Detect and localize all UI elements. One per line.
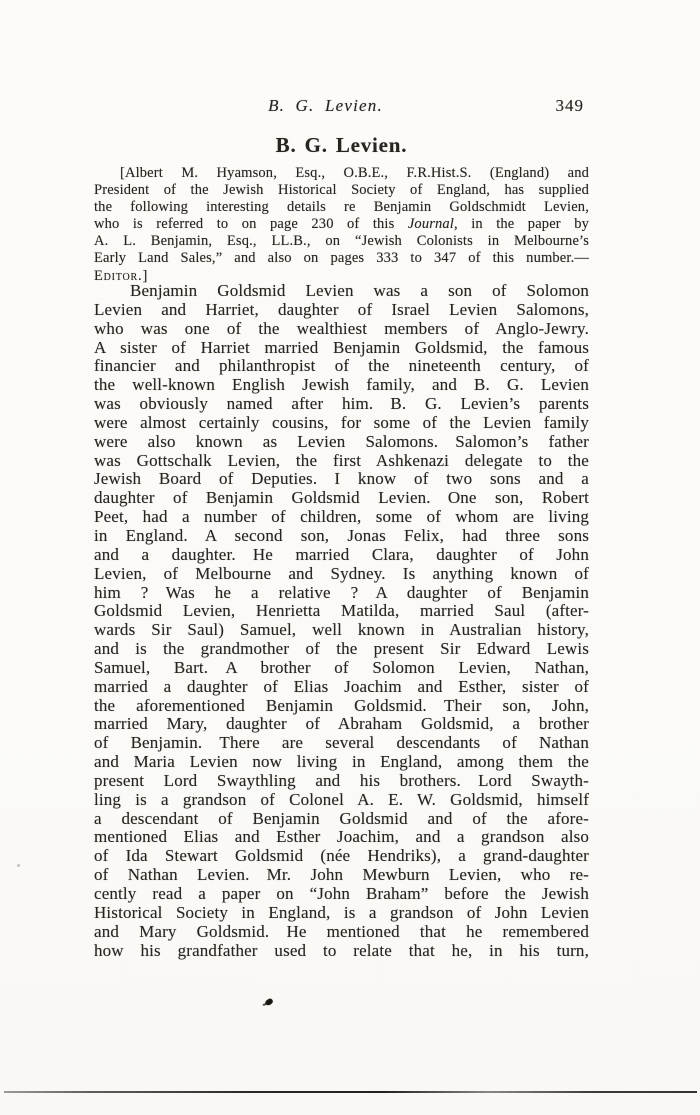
body-line: and Mary Goldsmid. He mentioned that he … xyxy=(94,923,589,942)
editorial-note-line: President of the Jewish Historical Socie… xyxy=(94,182,589,199)
editorial-note-line: A. L. Benjamin, Esq., LL.B., on “Jewish … xyxy=(94,233,589,250)
running-header-title: B. G. Levien. xyxy=(78,96,573,116)
body-line: ling is a grandson of Colonel A. E. W. G… xyxy=(94,791,589,810)
page-number: 349 xyxy=(556,96,585,116)
body-line: and Maria Levien now living in England, … xyxy=(94,753,589,772)
editorial-note-line: Early Land Sales,” and also on pages 333… xyxy=(94,250,589,267)
body-line: was obviously named after him. B. G. Lev… xyxy=(94,395,589,414)
body-line: cently read a paper on “John Braham” bef… xyxy=(94,885,589,904)
scan-speck-artifact xyxy=(17,864,20,867)
body-line: daughter of Benjamin Goldsmid Levien. On… xyxy=(94,489,589,508)
body-line: and is the grandmother of the present Si… xyxy=(94,640,589,659)
body-line: married a daughter of Elias Joachim and … xyxy=(94,678,589,697)
body-line: married Mary, daughter of Abraham Goldsm… xyxy=(94,715,589,734)
body-line: present Lord Swaythling and his brothers… xyxy=(94,772,589,791)
body-line: wards Sir Saul) Samuel, well known in Au… xyxy=(94,621,589,640)
body-line: in England. A second son, Jonas Felix, h… xyxy=(94,527,589,546)
page-edge-line xyxy=(4,1091,697,1093)
article-title: B. G. Levien. xyxy=(94,133,589,158)
body-line: Historical Society in England, is a gran… xyxy=(94,904,589,923)
body-line: mentioned Elias and Esther Joachim, and … xyxy=(94,828,589,847)
body-line: A sister of Harriet married Benjamin Gol… xyxy=(94,339,589,358)
body-line: Jewish Board of Deputies. I know of two … xyxy=(94,470,589,489)
body-line: Goldsmid Levien, Henrietta Matilda, marr… xyxy=(94,602,589,621)
body-line: how his grandfather used to relate that … xyxy=(94,942,589,961)
editorial-note-line: the following interesting details re Ben… xyxy=(94,199,589,216)
body-line: the aforementioned Benjamin Goldsmid. Th… xyxy=(94,697,589,716)
editorial-note-line: [Albert M. Hyamson, Esq., O.B.E., F.R.Hi… xyxy=(94,165,589,182)
body-line: him ? Was he a relative ? A daughter of … xyxy=(94,584,589,603)
body-line: were also known as Levien Salomons. Salo… xyxy=(94,433,589,452)
scanned-journal-page: B. G. Levien. 349 B. G. Levien. [Albert … xyxy=(0,0,700,1115)
body-line: of Nathan Levien. Mr. John Mewburn Levie… xyxy=(94,866,589,885)
article-body: Benjamin Goldsmid Levien was a son of So… xyxy=(94,282,589,960)
body-line: who was one of the wealthiest members of… xyxy=(94,320,589,339)
body-line: and a daughter. He married Clara, daught… xyxy=(94,546,589,565)
ink-blot-artifact xyxy=(264,998,273,1006)
body-line: Peet, had a number of children, some of … xyxy=(94,508,589,527)
body-line: a descendant of Benjamin Goldsmid and of… xyxy=(94,810,589,829)
body-line: of Benjamin. There are several descendan… xyxy=(94,734,589,753)
body-line: financier and philanthropist of the nine… xyxy=(94,357,589,376)
body-line: Benjamin Goldsmid Levien was a son of So… xyxy=(94,282,589,301)
body-line: was Gottschalk Levien, the first Ashkena… xyxy=(94,452,589,471)
body-line: were almost certainly cousins, for some … xyxy=(94,414,589,433)
body-line: of Ida Stewart Goldsmid (née Hendriks), … xyxy=(94,847,589,866)
body-line: Levien, of Melbourne and Sydney. Is anyt… xyxy=(94,565,589,584)
body-line: Samuel, Bart. A brother of Solomon Levie… xyxy=(94,659,589,678)
body-line: Levien and Harriet, daughter of Israel L… xyxy=(94,301,589,320)
editorial-note: [Albert M. Hyamson, Esq., O.B.E., F.R.Hi… xyxy=(94,165,589,285)
body-line: the well-known English Jewish family, an… xyxy=(94,376,589,395)
running-header: B. G. Levien. 349 xyxy=(94,96,589,118)
editorial-note-line: who is referred to on page 230 of this J… xyxy=(94,216,589,233)
